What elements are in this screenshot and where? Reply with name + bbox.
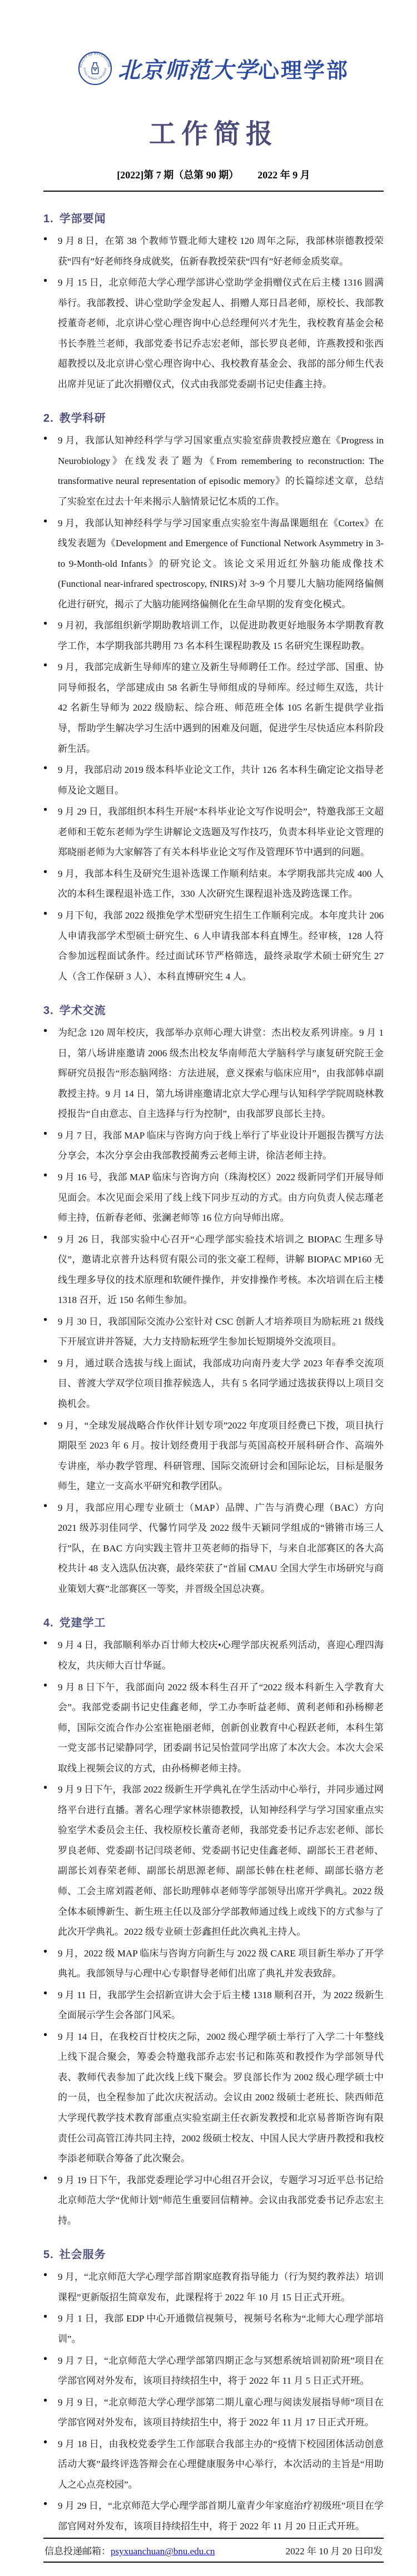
bulletin-item: 9 月，2022 级 MAP 临床与咨询方向新生与 2022 级 CARE 项目…	[43, 1944, 384, 1984]
university-wordmark: 北京师范大学心理学部	[118, 53, 349, 84]
bulletin-item: 9 月 29 日，我部组织本科生开展“本科毕业论文写作说明会”，特邀我部王文超老…	[43, 802, 384, 863]
seal-top-text: FACULTY OF PSYCHOLOGY	[78, 51, 111, 68]
bulletin-item: 9 月 16 号，我部 MAP 临床与咨询方向（珠海校区）2022 级新同学们开…	[43, 1167, 384, 1229]
bulletin-item: 9 月 18 日，由我校党委学生工作部联合我部主办的“疫情下校园团体活动创意活动…	[43, 2434, 384, 2495]
bulletin-item: 为纪念 120 周年校庆，我部举办京师心理大讲堂：杰出校友系列讲座。9 月 1 …	[43, 1023, 384, 1125]
issue-line: [2022]第 7 期（总第 90 期）2022 年 9 月	[43, 167, 384, 182]
bulletin-item: 9 月 11 日，我部学生会招新宣讲大会于后主楼 1318 顺利召开，为 202…	[43, 1985, 384, 2026]
bulletin-item: 9 月，我部启动 2019 级本科毕业论文工作，共计 126 名本科生确定论文指…	[43, 760, 384, 801]
bulletin-item: 9 月初，我部组织新学期助教培训工作，以促进助教更好地服务本学期教育教学工作，本…	[43, 616, 384, 656]
section-heading: 5.社会服务	[43, 2245, 384, 2262]
bulletin-item: 9 月 4 日，我部顺利举办百廿师大校庆•心理学部庆祝系列活动，喜迎心理四海校友…	[43, 1635, 384, 1676]
bulletin-item: 9 月 29 日，“北京师范大学心理学部首期儿童青少年家庭治疗初级班”项目在学部…	[43, 2496, 384, 2537]
bulletin-item: 9 月 7 日，我部 MAP 临床与咨询方向于线上举行了毕业设计开题报告撰写方法…	[43, 1126, 384, 1166]
page-title: 工作简报	[43, 112, 384, 151]
bulletin-item: 9 月 30 日，我部国际交流办公室针对 CSC 创新人才培养项目为励耘班 21…	[43, 1312, 384, 1352]
bulletin-item: 9 月，“全球发展战略合作伙伴计划专项”2022 年度项目经费已下拨，项目执行期…	[43, 1416, 384, 1497]
bulletin-item: 9 月 9 日下午，我部 2022 级新生开学典礼在学生活动中心举行，并同步通过…	[43, 1780, 384, 1942]
section-number: 4.	[43, 1617, 54, 1629]
footer-email-link[interactable]: psyxuanchuan@bnu.edu.cn	[111, 2546, 215, 2557]
bulletin-item: 9 月 9 日，“北京师范大学心理学部第二期儿童心理与阅读发展指导师”项目在学部…	[43, 2393, 384, 2433]
bulletin-item: 9 月 26 日，我部实验中心召开“心理学部实验技术培训之 BIOPAC 生理多…	[43, 1230, 384, 1311]
section-heading: 1.学部要闻	[43, 209, 384, 226]
bulletin-item: 9 月 1 日，我部 EDP 中心开通微信视频号，视频号名称为“北师大心理学部培…	[43, 2309, 384, 2349]
section-heading: 4.党建学工	[43, 1614, 384, 1630]
bulletin-item: 9 月，我部本科生及研究生退补选课工作顺利结束。本学期我部共完成 400 人次的…	[43, 864, 384, 905]
section-item-list: 9 月 8 日，在第 38 个教师节暨北师大建校 120 周年之际，我部林崇德教…	[43, 231, 384, 395]
sections: 1.学部要闻9 月 8 日，在第 38 个教师节暨北师大建校 120 周年之际，…	[43, 195, 384, 2538]
bulletin-item: 9 月，我部完成新生导师库的建立及新生导师聘任工作。经过学部、国重、协同导师报名…	[43, 657, 384, 759]
footer-email: 信息投递邮箱：psyxuanchuan@bnu.edu.cn	[44, 2543, 215, 2557]
section-item-list: 9 月 4 日，我部顺利举办百廿师大校庆•心理学部庆祝系列活动，喜迎心理四海校友…	[43, 1635, 384, 2231]
wordmark-faculty-name: 心理学部	[258, 59, 349, 83]
bulletin-item: 9 月 7 日，“北京师范大学心理学部第四期正念与冥想系统培训初阶班”项目在学部…	[43, 2351, 384, 2392]
issue-number: [2022]第 7 期（总第 90 期）	[117, 169, 239, 181]
bulletin-item: 9 月 15 日，北京师范大学心理学部讲心堂助学金捐赠仪式在后主楼 1316 圆…	[43, 273, 384, 395]
bulletin-item: 9 月 19 日下午，我部党委理论学习中心组召开会议，专题学习习近平总书记给北京…	[43, 2170, 384, 2231]
seal-psi-symbol: Ψ	[93, 67, 98, 73]
section-number: 1.	[43, 213, 54, 225]
bulletin-item: 9 月，通过联合选拔与线上面试，我部成功向南丹麦大学 2023 年春季交流项目、…	[43, 1354, 384, 1415]
bulletin-item: 9 月，我部认知神经科学与学习国家重点实验室牛海晶课题组在《Cortex》在线发…	[43, 513, 384, 615]
wordmark-university-name: 北京师范大学	[118, 58, 258, 83]
bulletin-item: 9 月，“北京师范大学心理学部首期家庭教育指导能力（行为契约教养法）培训课程”更…	[43, 2267, 384, 2308]
issue-date: 2022 年 9 月	[257, 169, 310, 181]
bulletin-item: 9 月 8 日下午，我部面向 2022 级本科生召开了“2022 级本科新生入学…	[43, 1678, 384, 1779]
section-item-list: 为纪念 120 周年校庆，我部举办京师心理大讲堂：杰出校友系列讲座。9 月 1 …	[43, 1023, 384, 1599]
bulletin-item: 9 月，我部应用心理专业硕士（MAP）品牌、广告与消费心理（BAC）方向 202…	[43, 1498, 384, 1600]
header-divider	[43, 191, 384, 192]
svg-text:FACULTY OF PSYCHOLOGY: FACULTY OF PSYCHOLOGY	[78, 51, 111, 68]
university-seal-icon: FACULTY OF PSYCHOLOGY BEIJING NORMAL UNI…	[78, 51, 112, 86]
section-heading: 3.学术交流	[43, 1001, 384, 1017]
section-item-list: 9 月，我部认知神经科学与学习国家重点实验室薛贵教授应邀在《Progress i…	[43, 431, 384, 987]
bulletin-item: 9 月，我部认知神经科学与学习国家重点实验室薛贵教授应邀在《Progress i…	[43, 431, 384, 512]
bulletin-item: 9 月 8 日，在第 38 个教师节暨北师大建校 120 周年之际，我部林崇德教…	[43, 231, 384, 272]
masthead: FACULTY OF PSYCHOLOGY BEIJING NORMAL UNI…	[43, 51, 384, 86]
section-item-list: 9 月，“北京师范大学心理学部首期家庭教育指导能力（行为契约教养法）培训课程”更…	[43, 2267, 384, 2537]
footer-printed-date: 2022 年 10 月 20 日印发	[286, 2543, 383, 2557]
section-number: 2.	[43, 412, 54, 425]
section-number: 5.	[43, 2249, 54, 2261]
footer-email-label: 信息投递邮箱：	[44, 2546, 111, 2557]
bulletin-item: 9 月 14 日，在我校百廿校庆之际，2002 级心理学硕士举行了入学二十年整线…	[43, 2027, 384, 2169]
section-heading: 2.教学科研	[43, 409, 384, 425]
document-footer: 信息投递邮箱：psyxuanchuan@bnu.edu.cn 2022 年 10…	[43, 2538, 384, 2563]
section-number: 3.	[43, 1005, 54, 1017]
bulletin-page: FACULTY OF PSYCHOLOGY BEIJING NORMAL UNI…	[0, 0, 417, 2576]
bulletin-item: 9 月下旬，我部 2022 级推免学术型研究生招生工作顺利完成。本年度共计 20…	[43, 906, 384, 987]
